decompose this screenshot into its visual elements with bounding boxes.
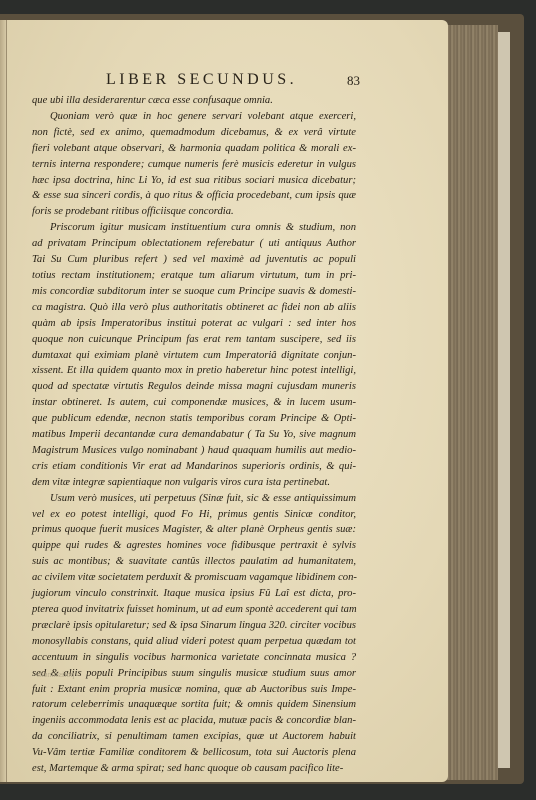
text-line: Vu-Vâm tertiæ Familiæ conditorem & belli… [32,745,356,761]
text-line: da conciliatrix, si penultimam tamen exc… [32,729,356,745]
text-line: pterea quod invitatrix fuisset hominum, … [32,602,356,618]
text-line: fieri volebant atque observari, & harmon… [32,141,356,157]
text-line: matibus Imperii decantandæ cura demandab… [32,427,356,443]
body-text: que ubi illa desiderarentur cæca esse co… [32,93,356,777]
paragraph: Priscorum igitur musicam instituentium c… [32,220,356,490]
text-line: ca magistra. Quò illa verò plus authorit… [32,300,356,316]
endpaper [498,32,510,768]
text-line: est, Martemque & arma spirat; sed hanc q… [32,761,356,777]
text-line: dem vitæ integræ sapientiaque non vulgar… [32,475,356,491]
text-line: suis ac montibus; & suavitate cantûs ill… [32,554,356,570]
text-line: hæc ipsa doctrina, hinc Li Yo, id est su… [32,173,356,189]
text-line: quippe qui rudes & agrestes homines voce… [32,538,356,554]
text-line: ratorum celeberrimis unaquæque sortita f… [32,697,356,713]
text-line: dumtaxat qui eximiam planè virtutem cum … [32,348,356,364]
text-line: totius rectam institutionem; eratque tum… [32,268,356,284]
text-line: quoque non cuicunque Principum fas erat … [32,332,356,348]
text-line: Quoniam verò quæ in hoc genere servari v… [32,109,356,125]
text-line: fuit : Extant enim propria musicæ nomina… [32,682,356,698]
text-line: sed & aliis populi Principibus suum sing… [32,666,356,682]
running-title: LIBER SECUNDUS. [106,71,297,89]
text-line: mis concordiæ subditorum inter se suoque… [32,284,356,300]
text-line: Magistrum Musices vulgo nominabant ) hau… [32,443,356,459]
text-line: non fictè, sed ex animo, quemadmodum dic… [32,125,356,141]
paragraph: que ubi illa desiderarentur cæca esse co… [32,93,356,109]
text-line: quod ad spectatæ virtutis Regulos deinde… [32,379,356,395]
running-head: LIBER SECUNDUS. 83 [0,71,448,93]
page-gutter [0,20,7,782]
page-edges [440,25,498,780]
text-line: monosyllabis constans, quid aliud videri… [32,634,356,650]
text-line: accentuum in singulis vocibus harmonica … [32,650,356,666]
show-through-text: potissimum [37,670,74,679]
text-line: vel ex eo potest intelligi, quod Fo Hi, … [32,507,356,523]
text-line: ac civilem vitæ societatem perduxit & pr… [32,570,356,586]
text-line: ternis interna respondere; cumque numeri… [32,157,356,173]
paragraph: Quoniam verò quæ in hoc genere servari v… [32,109,356,220]
text-line: Tai Su Cum pluribus refert ) sed vel max… [32,252,356,268]
text-line: quàm ab ipsis Imperatoribus institui pot… [32,316,356,332]
text-line: Usum verò musices, uti perpetuus (Sinæ f… [32,491,356,507]
text-line: cris etiam conditionis Vir erat ad Manda… [32,459,356,475]
text-line: ingeniis accommodata lenis est ac placid… [32,713,356,729]
text-line: Priscorum igitur musicam instituentium c… [32,220,356,236]
text-line: & esse sua sinceri cordis, à quo ritus &… [32,188,356,204]
text-line: que ubi illa desiderarentur cæca esse co… [32,93,356,109]
paragraph: Usum verò musices, uti perpetuus (Sinæ f… [32,491,356,777]
page-number: 83 [347,73,360,89]
text-line: instar obtineret. Is autem, cui componen… [32,395,356,411]
text-line: foris se prodebant ritibus officiisque c… [32,204,356,220]
text-line: jugiorum vinculo constrinxit. Itaque mus… [32,586,356,602]
text-line: ad privatam Principum oblectationem refe… [32,236,356,252]
text-line: que publicum edendæ, necnon statis tempo… [32,411,356,427]
text-line: primus quoque fuerit musices Magister, &… [32,522,356,538]
text-line: xissent. Et illa quidem quanto mox in pr… [32,363,356,379]
text-line: præclarè ipsis opitularetur; sed & ipsa … [32,618,356,634]
